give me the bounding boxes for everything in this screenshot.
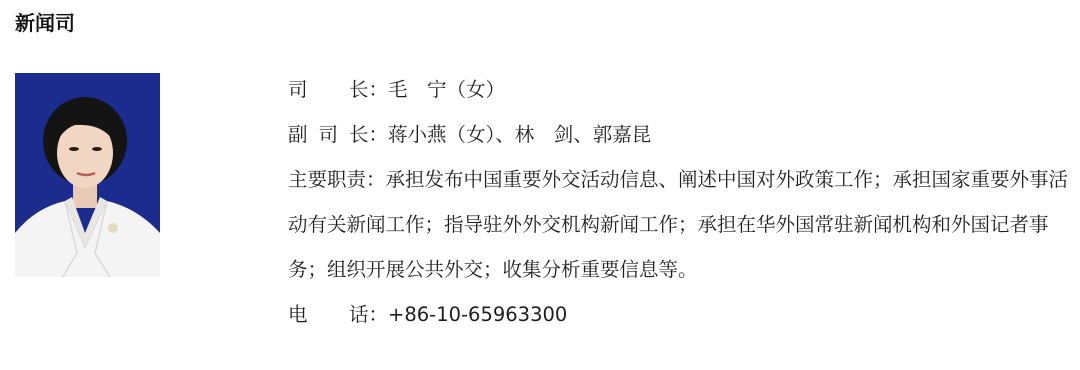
duties-paragraph: 主要职责：承担发布中国重要外交活动信息、阐述中国对外政策工作；承担国家重要外事活… (288, 157, 1078, 292)
label-char: 电 (288, 292, 308, 337)
label-char: 副 (288, 112, 308, 157)
deputy-row: 副 司 长： 蒋小燕（女）、林 剑、郭嘉昆 (288, 112, 1078, 157)
label-char: 长 (349, 112, 369, 157)
section-title: 新闻司 (15, 10, 75, 36)
phone-value: +86-10-65963300 (388, 292, 567, 337)
label-char: 话 (349, 292, 369, 337)
duties-value: 承担发布中国重要外交活动信息、阐述中国对外政策工作；承担国家重要外事活动有关新闻… (288, 168, 1068, 281)
label-tail: 长： (349, 112, 388, 157)
label-colon: ： (368, 292, 388, 337)
info-list: 司 长： 毛 宁（女） 副 司 长： 蒋小燕（女）、林 剑、郭嘉昆 主要职责：承… (288, 67, 1078, 337)
deputy-value: 蒋小燕（女）、林 剑、郭嘉昆 (388, 112, 651, 157)
portrait-image (15, 73, 160, 277)
label-char: 司 (318, 112, 338, 157)
director-label: 司 长： (288, 67, 388, 112)
label-char: 长 (349, 67, 369, 112)
label-colon: ： (368, 67, 388, 112)
duties-label: 主要职责： (288, 168, 386, 191)
director-photo (15, 73, 160, 277)
label-tail: 话： (349, 292, 388, 337)
label-colon: ： (368, 112, 388, 157)
director-value: 毛 宁（女） (388, 67, 505, 112)
director-row: 司 长： 毛 宁（女） (288, 67, 1078, 112)
phone-row: 电 话： +86-10-65963300 (288, 292, 1078, 337)
label-tail: 长： (349, 67, 388, 112)
deputy-label: 副 司 长： (288, 112, 388, 157)
phone-label: 电 话： (288, 292, 388, 337)
label-char: 司 (288, 67, 308, 112)
